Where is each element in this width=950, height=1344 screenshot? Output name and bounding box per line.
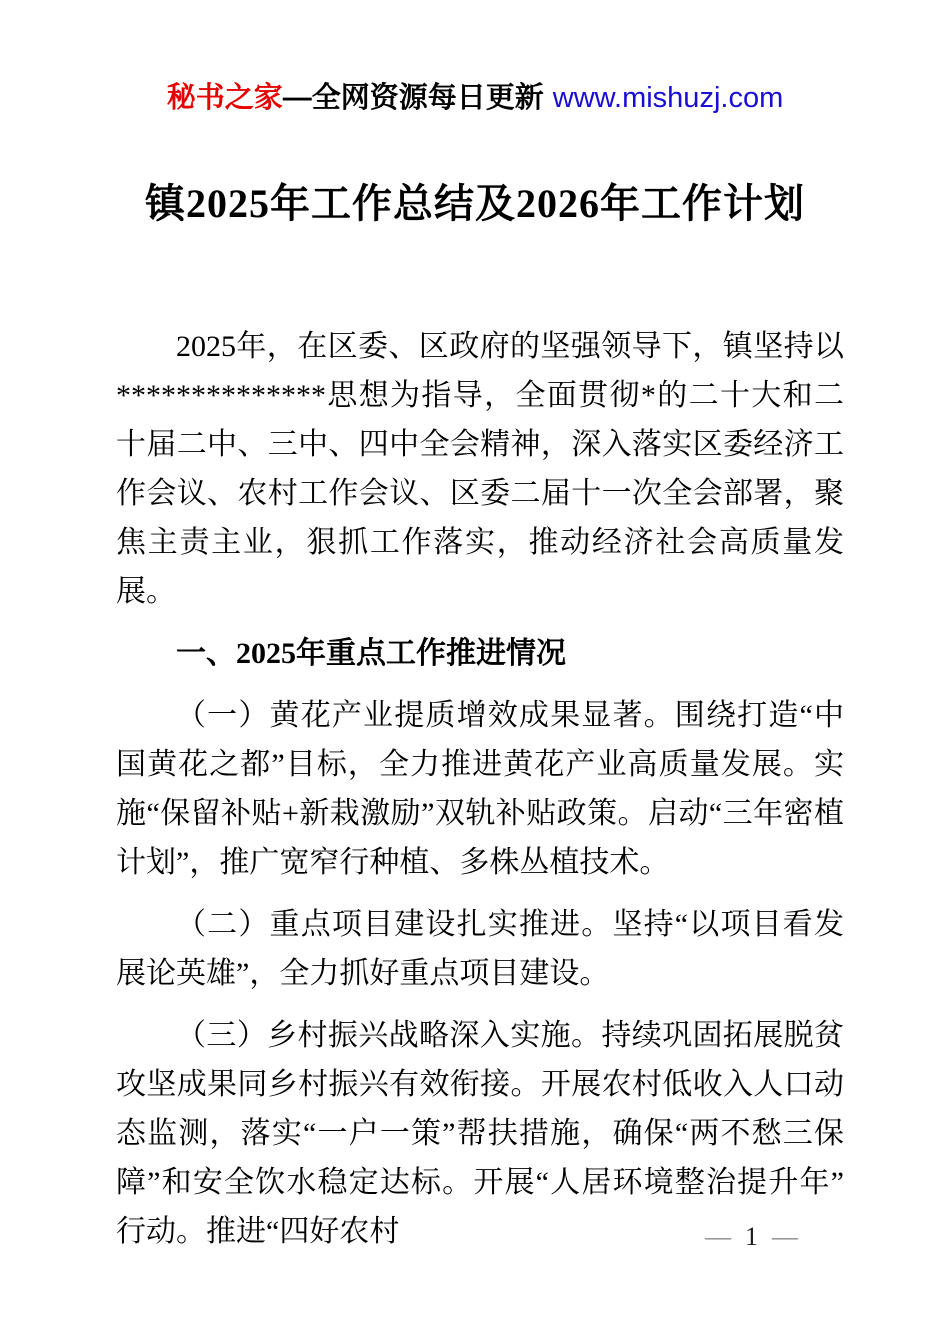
page-number-value: 1: [745, 1222, 758, 1251]
document-body: 2025年，在区委、区政府的坚强领导下，镇坚持以**************思想…: [116, 322, 844, 1256]
body-paragraph: （一）黄花产业提质增效成果显著。围绕打造“中国黄花之都”目标，全力推进黄花产业高…: [116, 691, 844, 887]
document-title: 镇2025年工作总结及2026年工作计划: [40, 176, 910, 232]
site-tagline: —全网资源每日更新: [283, 82, 544, 114]
site-header: 秘书之家—全网资源每日更新www.mishuzj.com: [0, 0, 950, 118]
page-number-right-dash: —: [772, 1222, 798, 1251]
document-page: 秘书之家—全网资源每日更新www.mishuzj.com 镇2025年工作总结及…: [0, 0, 950, 1344]
page-number-left-dash: —: [705, 1222, 731, 1251]
page-number: —1—: [705, 1222, 798, 1252]
site-name: 秘书之家: [167, 82, 283, 114]
body-paragraph: 2025年，在区委、区政府的坚强领导下，镇坚持以**************思想…: [116, 322, 844, 616]
site-url-link[interactable]: www.mishuzj.com: [553, 82, 783, 114]
section-heading: 一、2025年重点工作推进情况: [116, 629, 844, 678]
body-paragraph: （二）重点项目建设扎实推进。坚持“以项目看发展论英雄”，全力抓好重点项目建设。: [116, 900, 844, 998]
body-paragraph: （三）乡村振兴战略深入实施。持续巩固拓展脱贫攻坚成果同乡村振兴有效衔接。开展农村…: [116, 1011, 844, 1256]
